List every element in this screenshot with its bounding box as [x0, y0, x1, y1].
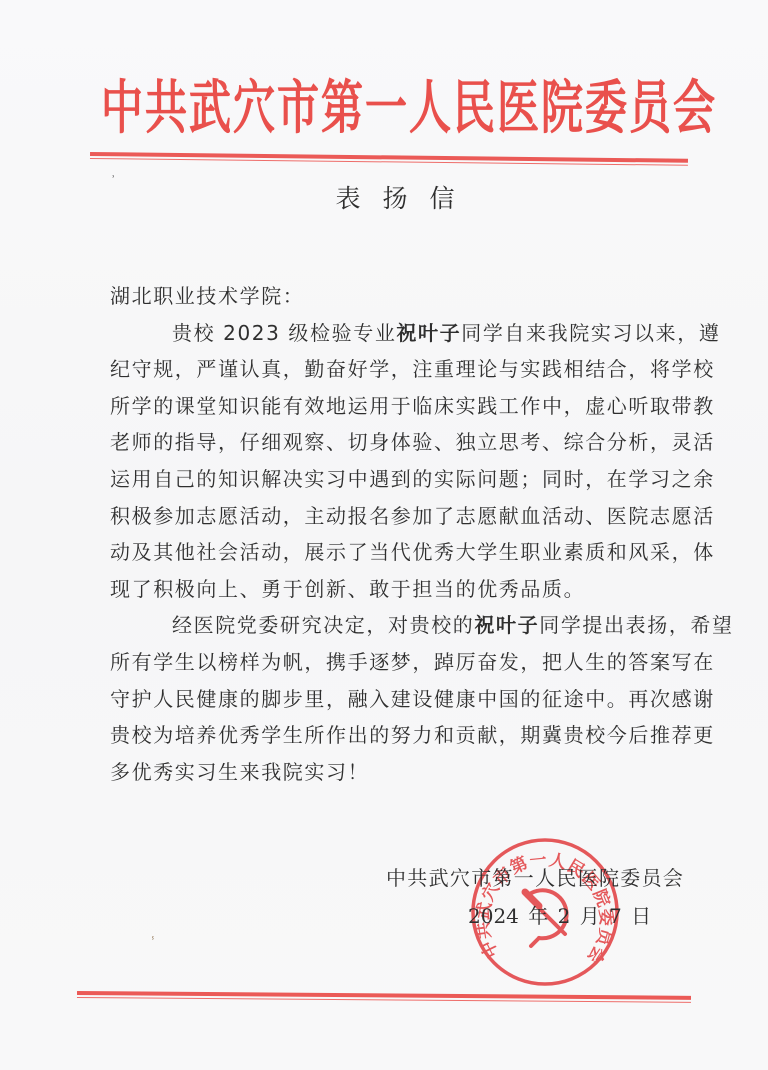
scan-speck: ˒ — [112, 172, 115, 183]
letter-body: 湖北职业技术学院： 贵校 2023 级检验专业祝叶子同学自来我院实习以来，遵纪守… — [110, 278, 675, 790]
letterhead-char: 医 — [497, 65, 539, 152]
letterhead-char: 委 — [585, 65, 627, 152]
paragraph-line: 老师的指导，仔细观察、切身体验、独立思考、综合分析，灵活 — [110, 424, 675, 461]
paragraph-line: 贵校 2023 级检验专业祝叶子同学自来我院实习以来，遵 — [110, 315, 675, 352]
paragraph-line: 守护人民健康的脚步里，融入建设健康中国的征途中。再次感谢 — [110, 681, 675, 718]
paragraphs: 贵校 2023 级检验专业祝叶子同学自来我院实习以来，遵纪守规，严谨认真，勤奋好… — [110, 315, 675, 791]
paragraph-line: 运用自己的知识解决实习中遇到的实际问题；同时，在学习之余 — [110, 461, 675, 498]
scan-speck: ⸯ — [150, 935, 156, 949]
footer-double-rule — [77, 991, 691, 1003]
paragraph: 贵校 2023 级检验专业祝叶子同学自来我院实习以来，遵纪守规，严谨认真，勤奋好… — [110, 315, 675, 608]
letterhead-char: 员 — [629, 65, 671, 152]
paragraph-line: 经医院党委研究决定，对贵校的祝叶子同学提出表扬，希望 — [110, 607, 675, 644]
letterhead-char: 人 — [409, 65, 451, 152]
salutation: 湖北职业技术学院： — [110, 278, 675, 315]
document-title: 表扬信 — [0, 184, 768, 214]
paragraph-line: 多优秀实习生来我院实习！ — [110, 754, 675, 791]
paragraph-line: 动及其他社会活动，展示了当代优秀大学生职业素质和风采，体 — [110, 534, 675, 571]
letterhead-organization: 中共武穴市第一人民医院委员会 — [100, 76, 684, 142]
letterhead-char: 共 — [145, 65, 187, 152]
paragraph-line: 纪守规，严谨认真，勤奋好学，注重理论与实践相结合，将学校 — [110, 351, 675, 388]
signature-date: 2024 年 2 月 7 日 — [468, 900, 651, 929]
paragraph-line: 积极参加志愿活动，主动报名参加了志愿献血活动、医院志愿活 — [110, 498, 675, 535]
letterhead-char: 民 — [453, 65, 495, 152]
paragraph: 经医院党委研究决定，对贵校的祝叶子同学提出表扬，希望所有学生以榜样为帆，携手逐梦… — [110, 607, 675, 790]
letterhead-char: 穴 — [233, 65, 275, 152]
letterhead-char: 会 — [673, 65, 715, 152]
letterhead-char: 市 — [277, 65, 319, 152]
letterhead-char: 第 — [321, 65, 363, 152]
letterhead-char: 中 — [101, 65, 143, 152]
letterhead-double-rule — [90, 152, 688, 166]
letterhead-char: 院 — [541, 65, 583, 152]
paragraph-line: 贵校为培养优秀学生所作出的努力和贡献，期冀贵校今后推荐更 — [110, 717, 675, 754]
paragraph-line: 所有学生以榜样为帆，携手逐梦，踔厉奋发，把人生的答案写在 — [110, 644, 675, 681]
paragraph-line: 现了积极向上、勇于创新、敢于担当的优秀品质。 — [110, 571, 675, 608]
paragraph-line: 所学的课堂知识能有效地运用于临床实践工作中，虚心听取带教 — [110, 388, 675, 425]
student-name: 祝叶子 — [474, 613, 539, 637]
signature-organization: 中共武穴市第一人民医院委员会 — [386, 862, 684, 891]
student-name: 祝叶子 — [396, 321, 461, 345]
letterhead-char: 武 — [189, 65, 231, 152]
letterhead-char: 一 — [365, 65, 407, 152]
letter-page: 中共武穴市第一人民医院委员会 ˒ 表扬信 湖北职业技术学院： 贵校 2023 级… — [0, 0, 768, 1070]
